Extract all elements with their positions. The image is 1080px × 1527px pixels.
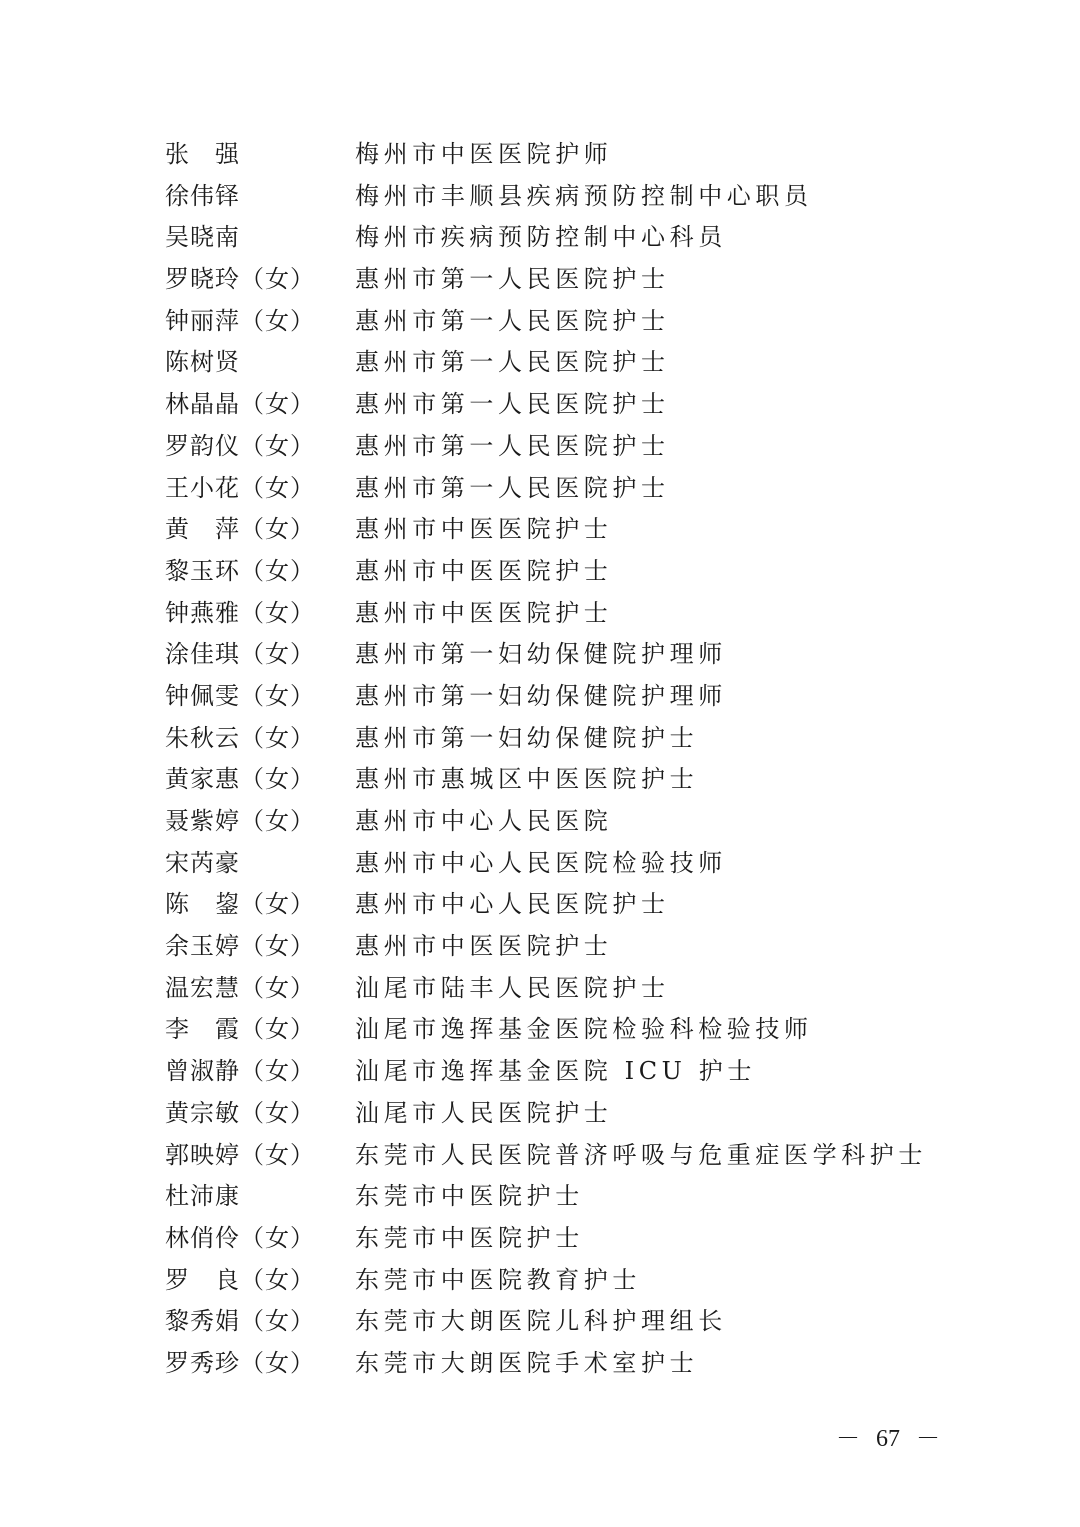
person-name: 吴晓南 [165, 217, 240, 259]
page-number: － 67 － [836, 1418, 940, 1453]
person-name: 张 强 [165, 134, 240, 176]
list-item: 钟燕雅（女）惠州市中医医院护士 [165, 593, 925, 635]
list-item: 宋芮豪惠州市中心人民医院检验技师 [165, 843, 925, 885]
person-name: 黎玉环（女） [165, 551, 315, 593]
person-title: 梅州市中医医院护师 [355, 134, 612, 176]
list-item: 陈 鋆（女）惠州市中心人民医院护士 [165, 884, 925, 926]
person-title: 东莞市中医院护士 [355, 1218, 584, 1260]
list-item: 钟佩雯（女）惠州市第一妇幼保健院护理师 [165, 676, 925, 718]
person-name: 李 霞（女） [165, 1009, 315, 1051]
list-item: 徐伟铎梅州市丰顺县疾病预防控制中心职员 [165, 176, 925, 218]
list-item: 吴晓南梅州市疾病预防控制中心科员 [165, 217, 925, 259]
list-item: 温宏慧（女）汕尾市陆丰人民医院护士 [165, 968, 925, 1010]
person-title: 惠州市第一妇幼保健院护理师 [355, 634, 727, 676]
person-title: 惠州市第一人民医院护士 [355, 301, 670, 343]
person-title: 汕尾市逸挥基金医院检验科检验技师 [355, 1009, 813, 1051]
list-item: 涂佳琪（女）惠州市第一妇幼保健院护理师 [165, 634, 925, 676]
list-item: 郭映婷（女）东莞市人民医院普济呼吸与危重症医学科护士 [165, 1135, 925, 1177]
person-name: 黎秀娟（女） [165, 1301, 315, 1343]
person-title: 东莞市大朗医院儿科护理组长 [355, 1301, 727, 1343]
person-name: 黄 萍（女） [165, 509, 315, 551]
person-title: 梅州市疾病预防控制中心科员 [355, 217, 727, 259]
person-title: 惠州市第一人民医院护士 [355, 468, 670, 510]
person-name: 余玉婷（女） [165, 926, 315, 968]
person-name: 黄家惠（女） [165, 759, 315, 801]
honoree-list: 张 强梅州市中医医院护师 徐伟铎梅州市丰顺县疾病预防控制中心职员 吴晓南梅州市疾… [165, 134, 925, 1385]
list-item: 钟丽萍（女）惠州市第一人民医院护士 [165, 301, 925, 343]
person-name: 罗 良（女） [165, 1260, 315, 1302]
person-title: 惠州市第一人民医院护士 [355, 384, 670, 426]
person-title: 梅州市丰顺县疾病预防控制中心职员 [355, 176, 813, 218]
person-title: 东莞市中医院护士 [355, 1176, 584, 1218]
list-item: 张 强梅州市中医医院护师 [165, 134, 925, 176]
person-name: 罗晓玲（女） [165, 259, 315, 301]
person-title: 汕尾市人民医院护士 [355, 1093, 612, 1135]
person-name: 林俏伶（女） [165, 1218, 315, 1260]
person-name: 罗秀珍（女） [165, 1343, 315, 1385]
person-name: 朱秋云（女） [165, 718, 315, 760]
list-item: 黄家惠（女）惠州市惠城区中医医院护士 [165, 759, 925, 801]
person-title: 惠州市第一人民医院护士 [355, 342, 670, 384]
person-title: 东莞市人民医院普济呼吸与危重症医学科护士 [355, 1135, 927, 1177]
list-item: 罗晓玲（女）惠州市第一人民医院护士 [165, 259, 925, 301]
list-item: 黎秀娟（女）东莞市大朗医院儿科护理组长 [165, 1301, 925, 1343]
list-item: 林晶晶（女）惠州市第一人民医院护士 [165, 384, 925, 426]
list-item: 杜沛康东莞市中医院护士 [165, 1176, 925, 1218]
person-name: 罗韵仪（女） [165, 426, 315, 468]
person-name: 曾淑静（女） [165, 1051, 315, 1093]
person-name: 黄宗敏（女） [165, 1093, 315, 1135]
list-item: 李 霞（女）汕尾市逸挥基金医院检验科检验技师 [165, 1009, 925, 1051]
person-title: 惠州市惠城区中医医院护士 [355, 759, 698, 801]
person-title: 惠州市中医医院护士 [355, 593, 612, 635]
list-item: 陈树贤惠州市第一人民医院护士 [165, 342, 925, 384]
person-name: 钟燕雅（女） [165, 593, 315, 635]
person-name: 杜沛康 [165, 1176, 240, 1218]
person-title: 惠州市第一人民医院护士 [355, 426, 670, 468]
list-item: 黄 萍（女）惠州市中医医院护士 [165, 509, 925, 551]
list-item: 余玉婷（女）惠州市中医医院护士 [165, 926, 925, 968]
person-title: 惠州市中心人民医院检验技师 [355, 843, 727, 885]
list-item: 罗 良（女）东莞市中医院教育护士 [165, 1260, 925, 1302]
list-item: 罗韵仪（女）惠州市第一人民医院护士 [165, 426, 925, 468]
person-title: 汕尾市逸挥基金医院 ICU 护士 [355, 1051, 756, 1093]
person-name: 徐伟铎 [165, 176, 240, 218]
person-title: 惠州市第一人民医院护士 [355, 259, 670, 301]
list-item: 王小花（女）惠州市第一人民医院护士 [165, 468, 925, 510]
person-name: 郭映婷（女） [165, 1135, 315, 1177]
list-item: 黎玉环（女）惠州市中医医院护士 [165, 551, 925, 593]
person-title: 东莞市中医院教育护士 [355, 1260, 641, 1302]
person-title: 惠州市中医医院护士 [355, 551, 612, 593]
list-item: 罗秀珍（女）东莞市大朗医院手术室护士 [165, 1343, 925, 1385]
list-item: 黄宗敏（女）汕尾市人民医院护士 [165, 1093, 925, 1135]
document-page: 张 强梅州市中医医院护师 徐伟铎梅州市丰顺县疾病预防控制中心职员 吴晓南梅州市疾… [0, 0, 1080, 1527]
list-item: 林俏伶（女）东莞市中医院护士 [165, 1218, 925, 1260]
person-name: 钟佩雯（女） [165, 676, 315, 718]
person-title: 惠州市中医医院护士 [355, 509, 612, 551]
person-name: 涂佳琪（女） [165, 634, 315, 676]
person-name: 宋芮豪 [165, 843, 240, 885]
person-title: 惠州市第一妇幼保健院护士 [355, 718, 698, 760]
person-name: 温宏慧（女） [165, 968, 315, 1010]
person-title: 惠州市中心人民医院护士 [355, 884, 670, 926]
person-name: 钟丽萍（女） [165, 301, 315, 343]
list-item: 聂紫婷（女）惠州市中心人民医院 [165, 801, 925, 843]
person-name: 王小花（女） [165, 468, 315, 510]
person-name: 林晶晶（女） [165, 384, 315, 426]
list-item: 朱秋云（女）惠州市第一妇幼保健院护士 [165, 718, 925, 760]
list-item: 曾淑静（女）汕尾市逸挥基金医院 ICU 护士 [165, 1051, 925, 1093]
person-title: 汕尾市陆丰人民医院护士 [355, 968, 670, 1010]
person-title: 惠州市第一妇幼保健院护理师 [355, 676, 727, 718]
person-title: 东莞市大朗医院手术室护士 [355, 1343, 698, 1385]
person-title: 惠州市中医医院护士 [355, 926, 612, 968]
person-name: 聂紫婷（女） [165, 801, 315, 843]
person-name: 陈 鋆（女） [165, 884, 315, 926]
person-title: 惠州市中心人民医院 [355, 801, 612, 843]
person-name: 陈树贤 [165, 342, 240, 384]
